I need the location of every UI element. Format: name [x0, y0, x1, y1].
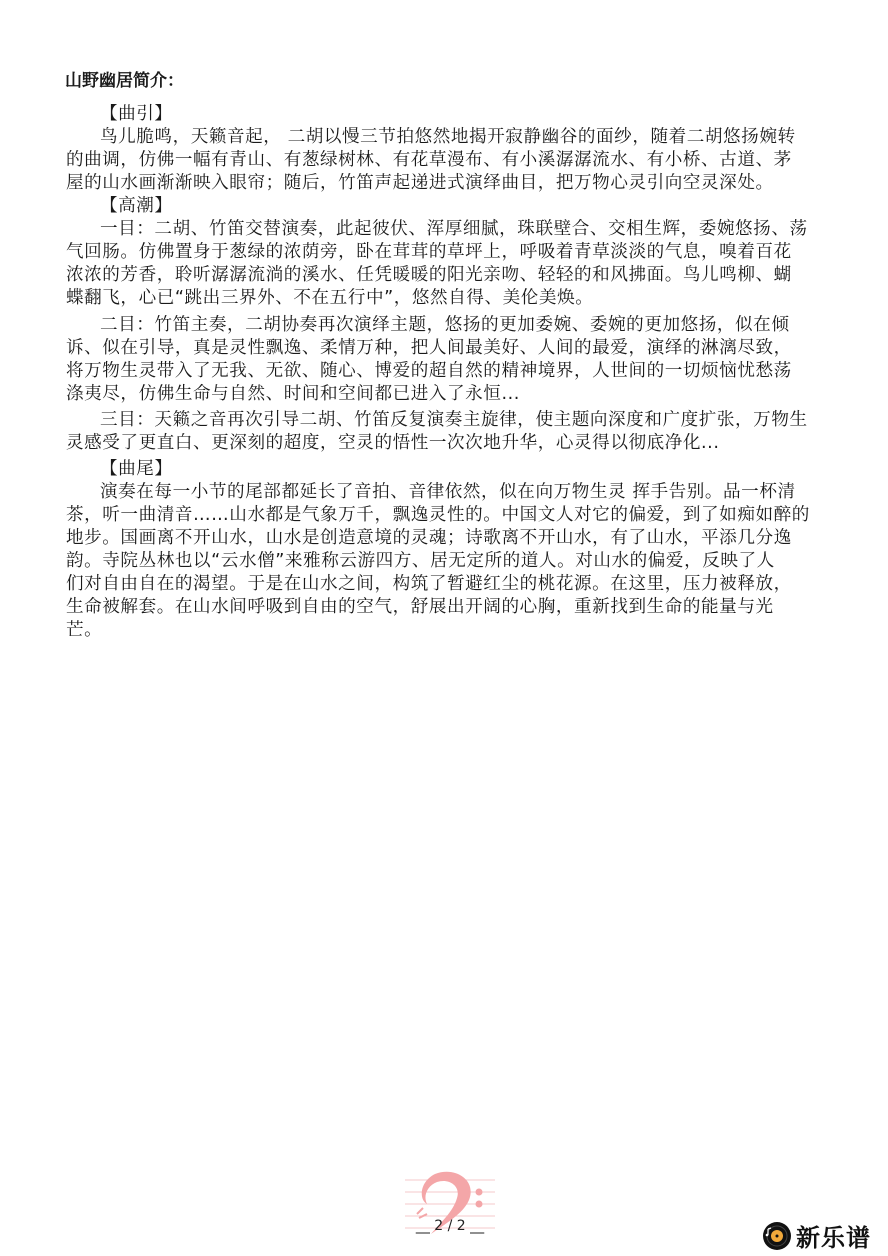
- text-line: 涤夷尽，仿佛生命与自然、时间和空间都已进入了永恒...: [66, 383, 520, 405]
- text-line: 气回肠。仿佛置身于葱绿的浓荫旁，卧在茸茸的草坪上，呼吸着青草淡淡的气息，嗅着百花: [66, 241, 792, 263]
- text-line: 一目：二胡、竹笛交替演奏，此起彼伏、浑厚细腻，珠联壁合、交相生辉，委婉悠扬、荡: [100, 218, 808, 240]
- document-page: 山野幽居简介： 【曲引】鸟儿脆鸣，天籁音起， 二胡以慢三节拍悠然地揭开寂静幽谷的…: [0, 0, 888, 1256]
- text-line: 二目：竹笛主奏，二胡协奏再次演绎主题，悠扬的更加委婉、委婉的更加悠扬，似在倾: [100, 314, 789, 336]
- text-line: 屋的山水画渐渐映入眼帘；随后，竹笛声起递进式演绎曲目，把万物心灵引向空灵深处。: [66, 172, 774, 194]
- text-line: 的曲调，仿佛一幅有青山、有葱绿树林、有花草漫布、有小溪潺潺流水、有小桥、古道、茅: [66, 149, 792, 171]
- text-line: 三目：天籁之音再次引导二胡、竹笛反复演奏主旋律，使主题向深度和广度扩张，万物生: [100, 409, 808, 431]
- text-line: 们对自由自在的渴望。于是在山水之间，构筑了暂避红尘的桃花源。在这里，压力被释放，: [66, 573, 792, 595]
- text-line: 芒。: [66, 619, 102, 641]
- text-line: 生命被解套。在山水间呼吸到自由的空气，舒展出开阔的心胸，重新找到生命的能量与光: [66, 596, 774, 618]
- section-heading: 【曲引】: [100, 103, 173, 125]
- text-line: 茶，听一曲清音……山水都是气象万千，飘逸灵性的。中国文人对它的偏爱，到了如痴如醉…: [66, 504, 810, 526]
- text-line: 蝶翻飞，心已“跳出三界外、不在五行中”，悠然自得、美伦美焕。: [66, 287, 593, 309]
- text-line: 浓浓的芳香，聆听潺潺流淌的溪水、任凭暖暖的阳光亲吻、轻轻的和风拂面。鸟儿鸣柳、蝴: [66, 264, 792, 286]
- vinyl-record-icon: [762, 1221, 792, 1251]
- section-heading: 【曲尾】: [100, 458, 173, 480]
- text-line: 诉、似在引导，真是灵性飘逸、柔情万种，把人间最美好、人间的最爱，演绎的淋漓尽致，: [66, 337, 792, 359]
- site-logo[interactable]: 新乐谱: [762, 1218, 871, 1253]
- text-line: 将万物生灵带入了无我、无欲、随心、博爱的超自然的精神境界，人世间的一切烦恼忧愁荡: [66, 360, 792, 382]
- text-line: 鸟儿脆鸣，天籁音起， 二胡以慢三节拍悠然地揭开寂静幽谷的面纱，随着二胡悠扬婉转: [100, 126, 796, 148]
- text-line: 地步。国画离不开山水，山水是创造意境的灵魂；诗歌离不开山水，有了山水，平添几分逸: [66, 527, 792, 549]
- document-title: 山野幽居简介：: [65, 66, 184, 91]
- section-heading: 【高潮】: [100, 195, 173, 217]
- text-line: 韵。寺院丛林也以“云水僧”来雅称云游四方、居无定所的道人。对山水的偏爱，反映了人: [66, 550, 775, 572]
- text-line: 演奏在每一小节的尾部都延长了音拍、音律依然，似在向万物生灵 挥手告别。品一杯清: [100, 481, 796, 503]
- logo-text: 新乐谱: [796, 1218, 871, 1253]
- page-number: __ 2 / 2 __: [400, 1218, 500, 1234]
- text-line: 灵感受了更直白、更深刻的超度，空灵的悟性一次次地升华，心灵得以彻底净化...: [66, 432, 719, 454]
